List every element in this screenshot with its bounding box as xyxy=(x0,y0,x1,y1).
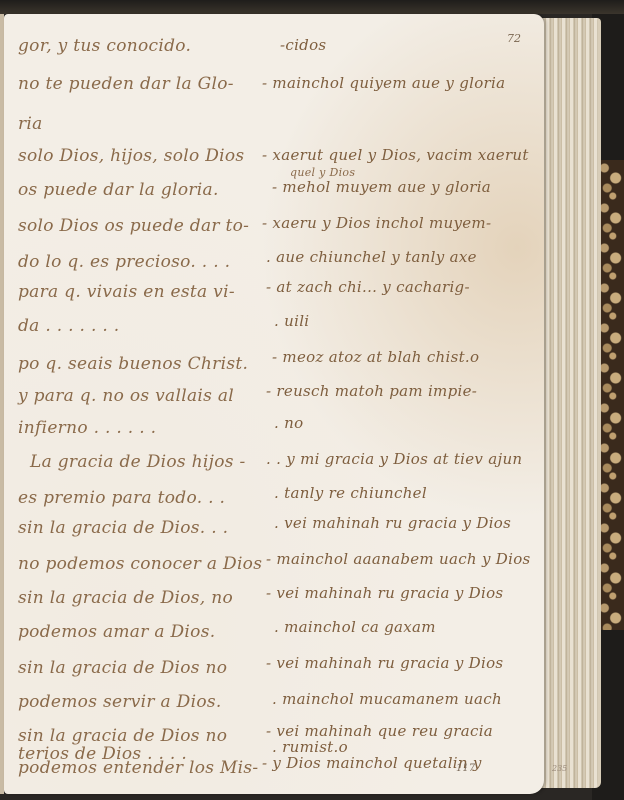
left-line-21: sin la gracia de Dios no xyxy=(18,726,227,746)
right-line-15: . vei mahinah ru gracia y Dios xyxy=(274,514,511,532)
left-line-last: terios de Dios . . . . xyxy=(18,744,187,764)
left-line-16: no podemos conocer a Dios xyxy=(18,554,262,574)
right-line-18: . mainchol ca gaxam xyxy=(274,618,436,636)
right-line-1: -cidos xyxy=(280,36,326,54)
left-line-14: es premio para todo. . . xyxy=(18,488,225,508)
left-line-9: da . . . . . . . xyxy=(18,316,119,336)
left-line-5: os puede dar la gloria. xyxy=(18,180,219,200)
right-line-14: . tanly re chiunchel xyxy=(274,484,427,502)
right-line-20: . mainchol mucamanem uach xyxy=(272,690,502,708)
left-line-15: sin la gracia de Dios. . . xyxy=(18,518,228,538)
left-line-11: y para q. no os vallais al xyxy=(18,386,234,406)
left-line-6: solo Dios os puede dar to- xyxy=(18,216,249,236)
right-line-9: . uili xyxy=(274,312,309,330)
right-line-22: - y Dios mainchol quetalin y xyxy=(262,754,482,772)
book-cover-top xyxy=(0,0,624,14)
footer-stack-number: 235 xyxy=(552,764,567,773)
left-line-17: sin la gracia de Dios, no xyxy=(18,588,233,608)
manuscript-page: 72 gor, y tus conocido. -cidos no te pue… xyxy=(4,14,544,794)
left-line-7: do lo q. es precioso. . . . xyxy=(18,252,230,272)
left-line-20: podemos servir a Dios. xyxy=(18,692,222,712)
right-line-11: - reusch matoh pam impie- xyxy=(266,382,477,400)
left-line-2: no te pueden dar la Glo- xyxy=(18,74,234,94)
right-line-7: . aue chiunchel y tanly axe xyxy=(266,248,477,266)
right-line-13: . . y mi gracia y Dios at tiev ajun xyxy=(266,450,522,468)
right-line-5: - mehol muyem aue y gloria xyxy=(272,178,491,196)
right-line-last: . rumist.o xyxy=(272,738,348,756)
right-line-17: - vei mahinah ru gracia y Dios xyxy=(266,584,503,602)
footer-page-number: 117 xyxy=(456,763,475,774)
right-line-6: - xaeru y Dios inchol muyem- xyxy=(262,214,491,232)
right-line-4: - xaerut quel y Dios, vacim xaerut xyxy=(262,146,529,164)
folio-number: 72 xyxy=(507,32,521,45)
right-line-2: - mainchol quiyem aue y gloria xyxy=(262,74,505,92)
left-line-8: para q. vivais en esta vi- xyxy=(18,282,235,302)
left-line-13: La gracia de Dios hijos - xyxy=(30,452,246,472)
left-line-4: solo Dios, hijos, solo Dios xyxy=(18,146,244,166)
right-line-19: - vei mahinah ru gracia y Dios xyxy=(266,654,503,672)
left-line-3: ria xyxy=(18,114,43,134)
left-line-1: gor, y tus conocido. xyxy=(18,36,191,56)
right-line-8: - at zach chi... y cacharig- xyxy=(266,278,470,296)
left-line-19: sin la gracia de Dios no xyxy=(18,658,227,678)
left-line-12: infierno . . . . . . xyxy=(18,418,156,438)
right-line-12: . no xyxy=(274,414,303,432)
left-line-18: podemos amar a Dios. xyxy=(18,622,215,642)
right-line-10: - meoz atoz at blah chist.o xyxy=(272,348,479,366)
left-line-10: po q. seais buenos Christ. xyxy=(18,354,248,374)
right-line-16: - mainchol aaanabem uach y Dios xyxy=(266,550,531,568)
